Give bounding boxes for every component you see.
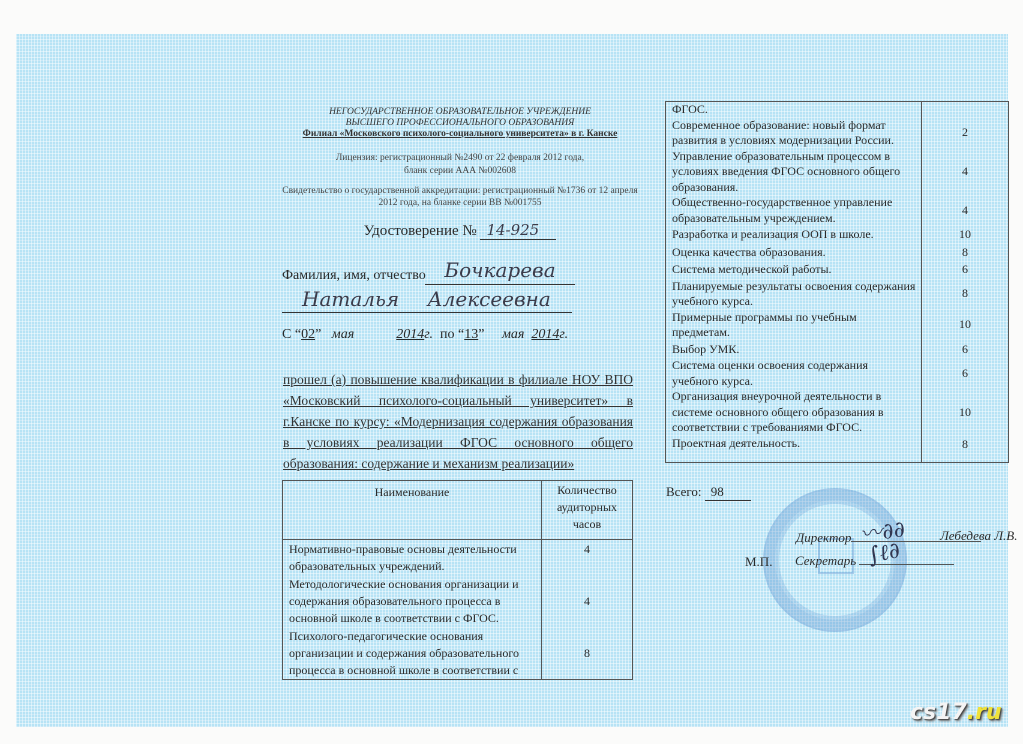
col-header-hours: Количество аудиторных часов: [542, 481, 633, 540]
subject-name: Система оценки освоения содержания учебн…: [666, 358, 922, 389]
subject-name: Проектная деятельность.: [666, 436, 922, 463]
from-day: 02: [301, 327, 315, 342]
watermark-main: cs17: [910, 700, 967, 725]
branch-name: Филиал «Московского психолого-социальног…: [280, 129, 640, 139]
subject-name: Методологические основания организации и…: [283, 575, 542, 627]
total-label: Всего:: [666, 484, 702, 499]
table-row: Оценка качества образования.8: [666, 244, 1009, 262]
subject-name: Современное образование: новый формат ра…: [666, 118, 922, 149]
course-text: прошел (а) повышение квалификации в фили…: [283, 369, 633, 474]
subject-name: Нормативно-правовые основы деятельности …: [283, 540, 542, 576]
to-prefix: по “: [440, 327, 464, 342]
accreditation-info: Свидетельство о государственной аккредит…: [280, 185, 640, 209]
subject-name: Управление образовательным процессом в у…: [666, 149, 922, 196]
subject-hours: 8: [922, 244, 1009, 262]
subject-hours: 6: [922, 358, 1009, 389]
from-month: мая: [332, 327, 354, 342]
table-row: ФГОС.: [666, 102, 1009, 118]
subject-name: Оценка качества образования.: [666, 244, 922, 262]
table-row: Методологические основания организации и…: [283, 575, 633, 627]
name-patronymic-field: Наталья Алексеевна: [282, 287, 572, 313]
subject-hours: 4: [922, 149, 1009, 196]
to-month: мая: [502, 327, 524, 342]
to-year: 2014: [531, 327, 559, 342]
table-row: Современное образование: новый формат ра…: [666, 118, 1009, 149]
org-line-1: НЕГОСУДАРСТВЕННОЕ ОБРАЗОВАТЕЛЬНОЕ УЧРЕЖД…: [280, 107, 640, 118]
subject-hours: 6: [922, 341, 1009, 359]
license-line-2: бланк серии ААА №002608: [280, 165, 640, 178]
secretary-label: Секретарь: [795, 553, 856, 568]
subject-name: ФГОС.: [666, 102, 922, 118]
subject-hours: 4: [542, 540, 633, 576]
certificate-title: Удостоверение № 14-925: [280, 221, 640, 240]
table-row: Проектная деятельность.8: [666, 436, 1009, 463]
subject-hours: 8: [542, 627, 633, 680]
subject-name: Примерные программы по учебным предметам…: [666, 310, 922, 341]
table-row: Система методической работы.6: [666, 261, 1009, 279]
year-suffix: г.: [424, 327, 433, 342]
subject-hours: 10: [922, 310, 1009, 341]
subject-hours: 8: [922, 279, 1009, 310]
subjects-table-left: Наименование Количество аудиторных часов…: [282, 480, 633, 680]
col-header-name: Наименование: [283, 481, 542, 540]
total-hours: Всего: 98: [666, 484, 751, 501]
subject-name: Разработка и реализация ООП в школе.: [666, 226, 922, 244]
subject-name: Организация внеурочной деятельности в си…: [666, 389, 922, 436]
year-suffix-2: г.: [559, 327, 568, 342]
table-row: Управление образовательным процессом в у…: [666, 149, 1009, 196]
subject-hours: 6: [922, 261, 1009, 279]
surname-field: Бочкарева: [425, 258, 575, 285]
license-info: Лицензия: регистрационный №2490 от 22 фе…: [280, 152, 640, 178]
director-name: Лебедева Л.В.: [940, 528, 1017, 544]
from-prefix: С “: [282, 327, 301, 342]
org-line-2: ВЫСШЕГО ПРОФЕССИОНАЛЬНОГО ОБРАЗОВАНИЯ: [280, 118, 640, 129]
table-row: Организация внеурочной деятельности в си…: [666, 389, 1009, 436]
subject-name: Планируемые результаты освоения содержан…: [666, 279, 922, 310]
table-row: Разработка и реализация ООП в школе.10: [666, 226, 1009, 244]
course-description: прошел (а) повышение квалификации в фили…: [283, 369, 633, 474]
fio-label: Фамилия, имя, отчество: [282, 268, 426, 284]
subject-hours: 8: [922, 436, 1009, 463]
from-year: 2014: [396, 327, 424, 342]
stamp-place-label: М.П.: [745, 554, 772, 570]
table-row: Выбор УМК.6: [666, 341, 1009, 359]
subject-hours: 4: [922, 195, 1009, 226]
subjects-table-right: ФГОС.Современное образование: новый форм…: [665, 101, 1009, 463]
subject-hours: 2: [922, 118, 1009, 149]
table-row: Общественно-государственное управление о…: [666, 195, 1009, 226]
watermark-tld: .ru: [967, 700, 1002, 725]
org-header: НЕГОСУДАРСТВЕННОЕ ОБРАЗОВАТЕЛЬНОЕ УЧРЕЖД…: [280, 107, 640, 129]
subject-name: Общественно-государственное управление о…: [666, 195, 922, 226]
table-row: Система оценки освоения содержания учебн…: [666, 358, 1009, 389]
course-dates: С “02” мая 2014г. по “13” мая 2014г.: [282, 327, 568, 343]
director-label: Директор: [796, 530, 851, 545]
certificate-number: 14-925: [480, 221, 556, 240]
table-row: Психолого-педагогические основания орган…: [283, 627, 633, 680]
watermark-logo: cs17.ru: [910, 700, 1002, 725]
license-line-1: Лицензия: регистрационный №2490 от 22 фе…: [280, 152, 640, 165]
subject-name: Система методической работы.: [666, 261, 922, 279]
certificate-title-label: Удостоверение №: [364, 223, 477, 239]
table-row: Примерные программы по учебным предметам…: [666, 310, 1009, 341]
subject-name: Выбор УМК.: [666, 341, 922, 359]
subject-hours: 10: [922, 226, 1009, 244]
subject-name: Психолого-педагогические основания орган…: [283, 627, 542, 680]
total-value: 98: [705, 484, 751, 501]
subject-hours: 10: [922, 389, 1009, 436]
table-row: Планируемые результаты освоения содержан…: [666, 279, 1009, 310]
table-row: Нормативно-правовые основы деятельности …: [283, 540, 633, 576]
subject-hours: 4: [542, 575, 633, 627]
to-day: 13: [464, 327, 478, 342]
subject-hours: [922, 102, 1009, 118]
